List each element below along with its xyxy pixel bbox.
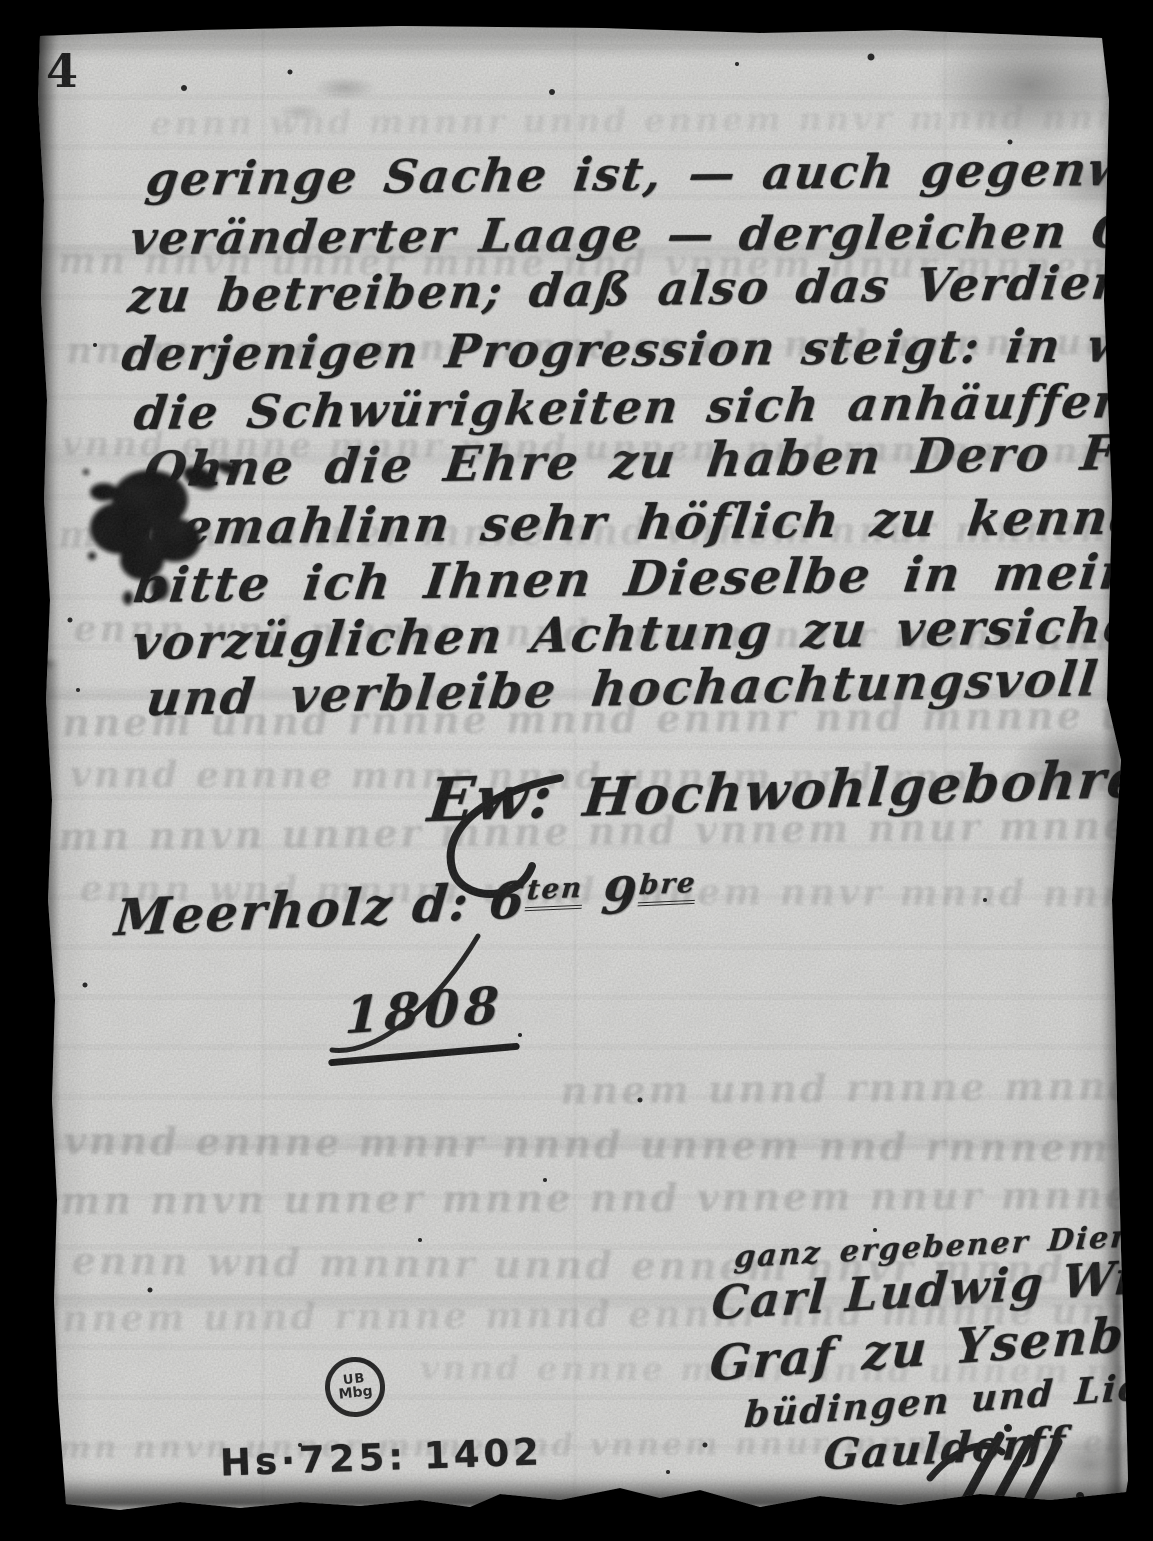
edge-shadow-bottom bbox=[56, 1480, 1131, 1506]
fold-crease bbox=[574, 30, 576, 1505]
bleedthrough-text: nnem unnd rnnne mnnd ennnr nnd mnnne unn… bbox=[560, 1057, 1153, 1113]
scanned-manuscript-page: ennn wnd mnnnr unnd ennem nnvr mnnd nnne… bbox=[0, 0, 1153, 1541]
bleedthrough-text: ennn wnd mnnnr unnd ennem nnvr mnnd nnne… bbox=[150, 96, 1153, 143]
letter-line: derjenigen Progression steigt: in welche bbox=[119, 317, 1153, 381]
year: 1808 bbox=[344, 975, 505, 1045]
scan-band bbox=[40, 688, 1120, 700]
letter-line: geringe Sache ist, — auch gegenwärtig bbox=[143, 140, 1153, 206]
bleedthrough-text: mn nnvn unner mnne nnd vnnem nnur mnnen … bbox=[60, 1171, 1153, 1223]
paper-sheet: ennn wnd mnnnr unnd ennem nnvr mnnd nnne… bbox=[0, 0, 1153, 1541]
year-underline bbox=[328, 1043, 520, 1067]
stamp-text-line2: Mbg bbox=[338, 1384, 373, 1402]
scan-band bbox=[40, 452, 1120, 464]
library-stamp: UB Mbg bbox=[322, 1354, 388, 1420]
edge-shadow-left-lower bbox=[42, 660, 60, 1510]
scan-band bbox=[40, 246, 1120, 260]
fold-crease bbox=[262, 30, 264, 1505]
dateline-month-suffix: bre bbox=[637, 867, 698, 907]
scan-band bbox=[40, 1296, 1120, 1308]
fold-crease bbox=[944, 30, 946, 1505]
edge-shadow-left bbox=[34, 28, 56, 668]
edge-shadow-right bbox=[1094, 30, 1120, 1500]
margin-mark: a bbox=[1126, 406, 1150, 446]
dateline-month-number: 9 bbox=[579, 865, 641, 927]
valediction-prefix: Ew: bbox=[425, 762, 558, 837]
scan-band bbox=[40, 1134, 1120, 1150]
